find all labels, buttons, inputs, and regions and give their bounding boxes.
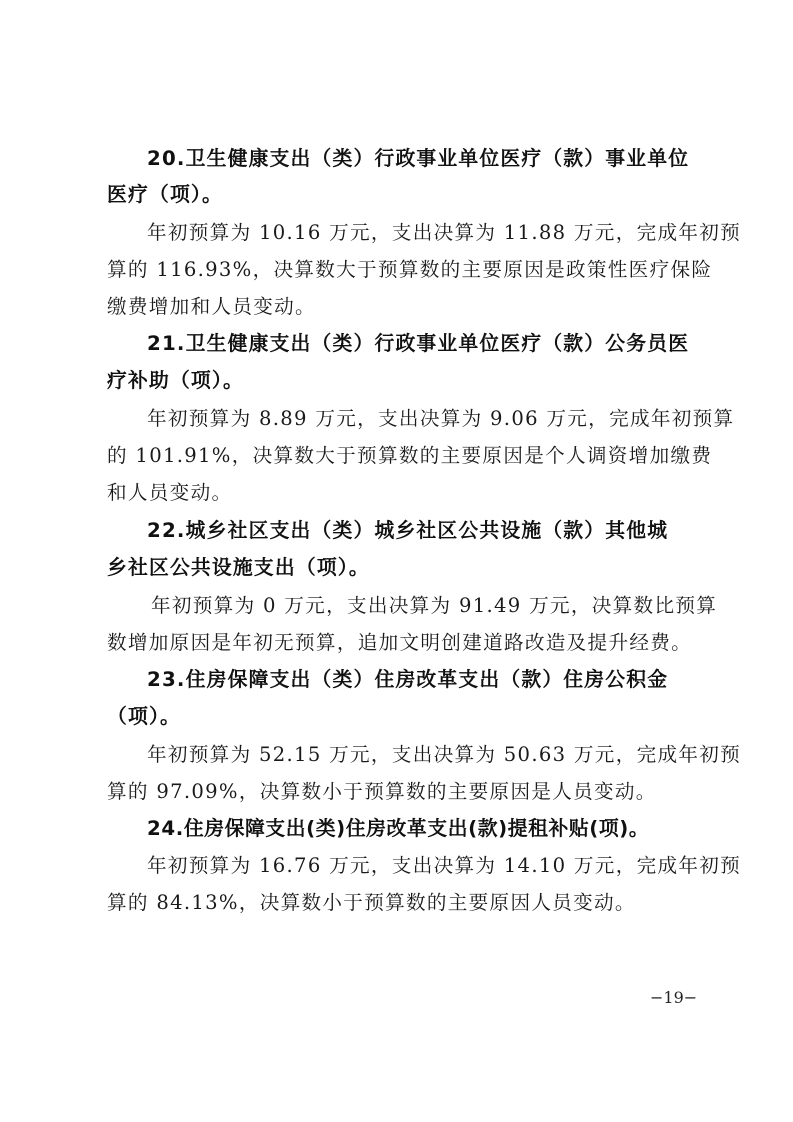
section-20-heading-line-2: 医疗（项）。 [107, 181, 223, 209]
section-22-body-line-2: 数增加原因是年初无预算，追加文明创建道路改造及提升经费。 [107, 629, 692, 657]
section-21-heading-line-1: 21.卫生健康支出（类）行政事业单位医疗（款）公务员医 [147, 330, 689, 358]
section-23-heading-line-2: （项）。 [107, 703, 181, 731]
section-22-body-line-1: 年初预算为 0 万元，支出决算为 91.49 万元，决算数比预算 [151, 592, 717, 620]
section-23-heading-line-1: 23.住房保障支出（类）住房改革支出（款）住房公积金 [147, 666, 668, 694]
section-22-heading-line-1: 22.城乡社区支出（类）城乡社区公共设施（款）其他城 [147, 517, 668, 545]
section-23-body-line-1: 年初预算为 52.15 万元，支出决算为 50.63 万元，完成年初预 [147, 741, 741, 769]
section-20-body-line-3: 缴费增加和人员变动。 [107, 293, 316, 321]
section-20-heading-line-1: 20.卫生健康支出（类）行政事业单位医疗（款）事业单位 [147, 145, 689, 173]
section-20-body-line-2: 算的 116.93%，决算数大于预算数的主要原因是政策性医疗保险 [107, 256, 712, 284]
section-24-body-line-2: 算的 84.13%，决算数小于预算数的主要原因人员变动。 [107, 889, 636, 917]
section-22-heading-line-2: 乡社区公共设施支出（项）。 [107, 554, 370, 582]
page-number: −19− [650, 988, 697, 1007]
section-21-body-line-3: 和人员变动。 [107, 479, 232, 507]
section-20-body-line-1: 年初预算为 10.16 万元，支出决算为 11.88 万元，完成年初预 [147, 219, 741, 247]
section-23-body-line-2: 算的 97.09%，决算数小于预算数的主要原因是人员变动。 [107, 778, 657, 806]
section-21-body-line-1: 年初预算为 8.89 万元，支出决算为 9.06 万元，完成年初预算 [147, 405, 734, 433]
section-21-body-line-2: 的 101.91%，决算数大于预算数的主要原因是个人调资增加缴费 [107, 442, 712, 470]
section-24-heading-line-1: 24.住房保障支出(类)住房改革支出(款)提租补贴(项)。 [147, 815, 649, 843]
section-24-body-line-1: 年初预算为 16.76 万元，支出决算为 14.10 万元，完成年初预 [147, 852, 741, 880]
section-21-heading-line-2: 疗补助（项）。 [107, 367, 244, 395]
